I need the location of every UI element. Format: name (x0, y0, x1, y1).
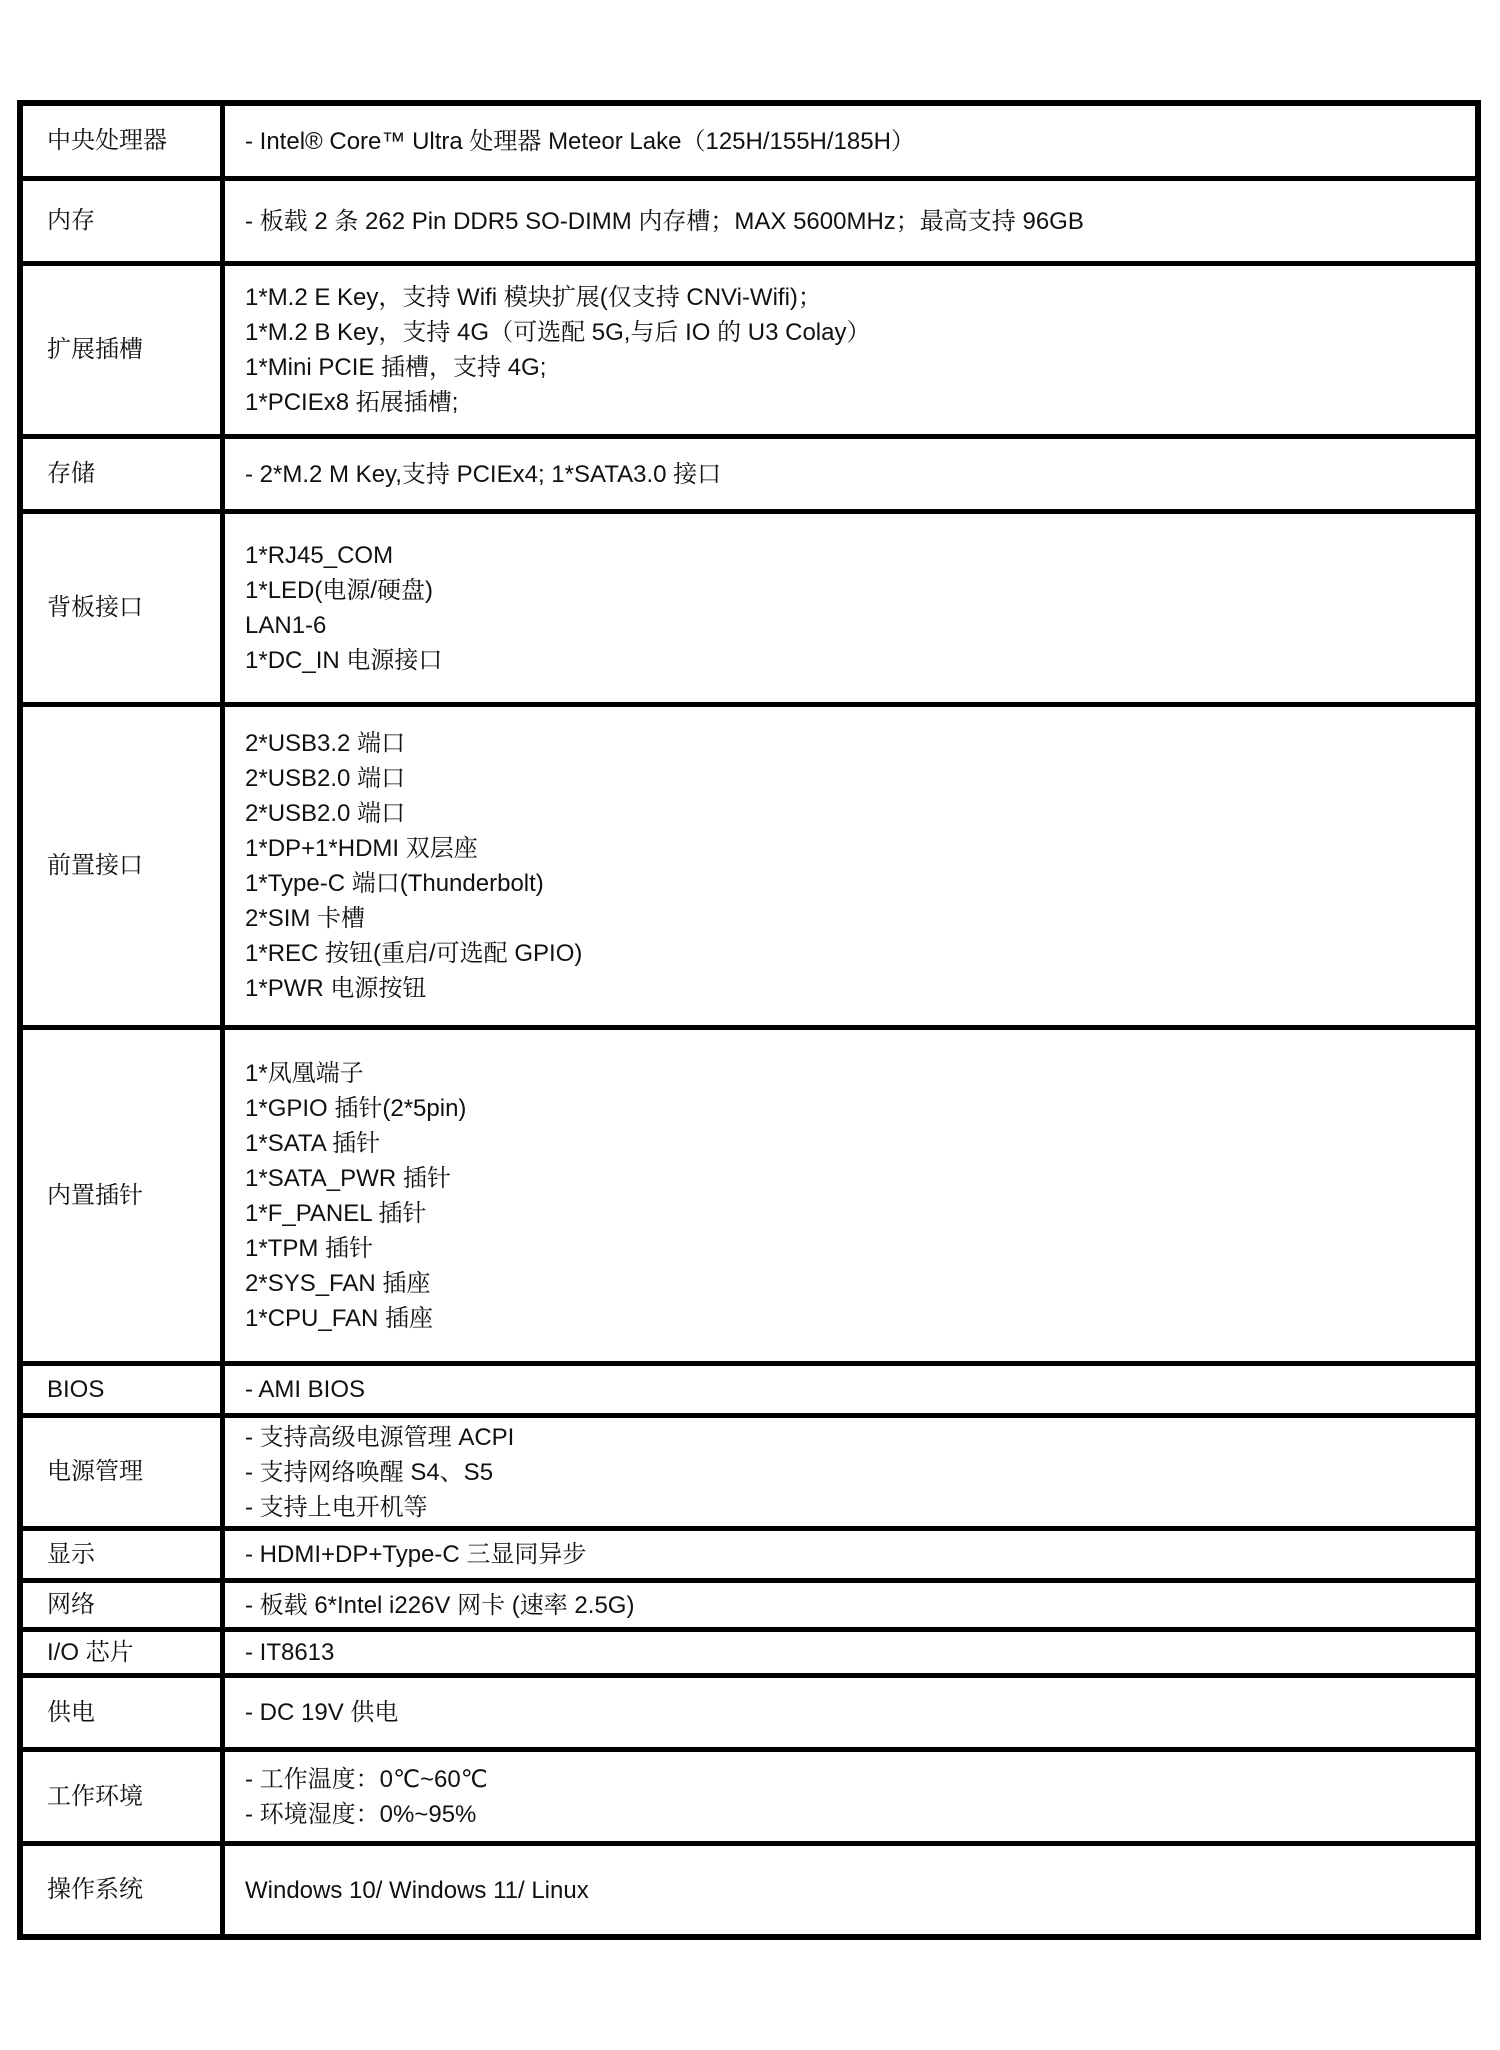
spec-row-label: 扩展插槽 (23, 266, 225, 434)
spec-row-label: 供电 (23, 1678, 225, 1747)
spec-row-value: 1*凤凰端子 1*GPIO 插针(2*5pin) 1*SATA 插针 1*SAT… (225, 1030, 1475, 1361)
spec-row-label: 电源管理 (23, 1418, 225, 1526)
spec-row: 扩展插槽1*M.2 E Key，支持 Wifi 模块扩展(仅支持 CNVi-Wi… (23, 266, 1475, 439)
spec-row-value: - AMI BIOS (225, 1366, 1475, 1413)
spec-row-value: 1*RJ45_COM 1*LED(电源/硬盘) LAN1-6 1*DC_IN 电… (225, 514, 1475, 702)
spec-row: 操作系统Windows 10/ Windows 11/ Linux (23, 1846, 1475, 1934)
spec-row: 内存- 板载 2 条 262 Pin DDR5 SO-DIMM 内存槽；MAX … (23, 181, 1475, 266)
spec-row-value: - 板载 2 条 262 Pin DDR5 SO-DIMM 内存槽；MAX 56… (225, 181, 1475, 261)
spec-table: 中央处理器- Intel® Core™ Ultra 处理器 Meteor Lak… (17, 100, 1481, 1940)
spec-row-label: 显示 (23, 1531, 225, 1578)
spec-row: 前置接口2*USB3.2 端口 2*USB2.0 端口 2*USB2.0 端口 … (23, 707, 1475, 1030)
spec-row-value: - DC 19V 供电 (225, 1678, 1475, 1747)
spec-row: 供电- DC 19V 供电 (23, 1678, 1475, 1752)
spec-row-label: 前置接口 (23, 707, 225, 1025)
spec-row: I/O 芯片- IT8613 (23, 1632, 1475, 1678)
spec-sheet-page: 中央处理器- Intel® Core™ Ultra 处理器 Meteor Lak… (0, 0, 1500, 2050)
spec-row: 电源管理- 支持高级电源管理 ACPI - 支持网络唤醒 S4、S5 - 支持上… (23, 1418, 1475, 1531)
spec-row: 显示- HDMI+DP+Type-C 三显同异步 (23, 1531, 1475, 1583)
spec-row-label: 工作环境 (23, 1752, 225, 1841)
spec-row: 背板接口1*RJ45_COM 1*LED(电源/硬盘) LAN1-6 1*DC_… (23, 514, 1475, 707)
spec-row-value: - 支持高级电源管理 ACPI - 支持网络唤醒 S4、S5 - 支持上电开机等 (225, 1418, 1475, 1526)
spec-row: BIOS- AMI BIOS (23, 1366, 1475, 1418)
spec-row-label: 背板接口 (23, 514, 225, 702)
spec-row: 内置插针1*凤凰端子 1*GPIO 插针(2*5pin) 1*SATA 插针 1… (23, 1030, 1475, 1366)
spec-row-label: 操作系统 (23, 1846, 225, 1934)
spec-row-value: 2*USB3.2 端口 2*USB2.0 端口 2*USB2.0 端口 1*DP… (225, 707, 1475, 1025)
spec-row-label: 内置插针 (23, 1030, 225, 1361)
spec-row-value: - 板载 6*Intel i226V 网卡 (速率 2.5G) (225, 1583, 1475, 1627)
spec-row-label: 存储 (23, 439, 225, 509)
spec-row-value: - 工作温度：0℃~60℃ - 环境湿度：0%~95% (225, 1752, 1475, 1841)
spec-row-value: 1*M.2 E Key，支持 Wifi 模块扩展(仅支持 CNVi-Wifi)；… (225, 266, 1475, 434)
spec-row-value: - IT8613 (225, 1632, 1475, 1673)
spec-row-value: - HDMI+DP+Type-C 三显同异步 (225, 1531, 1475, 1578)
spec-row-label: 内存 (23, 181, 225, 261)
spec-row: 中央处理器- Intel® Core™ Ultra 处理器 Meteor Lak… (23, 106, 1475, 181)
spec-row-value: - Intel® Core™ Ultra 处理器 Meteor Lake（125… (225, 106, 1475, 176)
spec-row-value: - 2*M.2 M Key,支持 PCIEx4; 1*SATA3.0 接口 (225, 439, 1475, 509)
spec-row-label: I/O 芯片 (23, 1632, 225, 1673)
spec-row-label: 网络 (23, 1583, 225, 1627)
spec-row-label: 中央处理器 (23, 106, 225, 176)
spec-row: 工作环境- 工作温度：0℃~60℃ - 环境湿度：0%~95% (23, 1752, 1475, 1846)
spec-row-label: BIOS (23, 1366, 225, 1413)
spec-row: 网络- 板载 6*Intel i226V 网卡 (速率 2.5G) (23, 1583, 1475, 1632)
spec-row: 存储- 2*M.2 M Key,支持 PCIEx4; 1*SATA3.0 接口 (23, 439, 1475, 514)
spec-row-value: Windows 10/ Windows 11/ Linux (225, 1846, 1475, 1934)
